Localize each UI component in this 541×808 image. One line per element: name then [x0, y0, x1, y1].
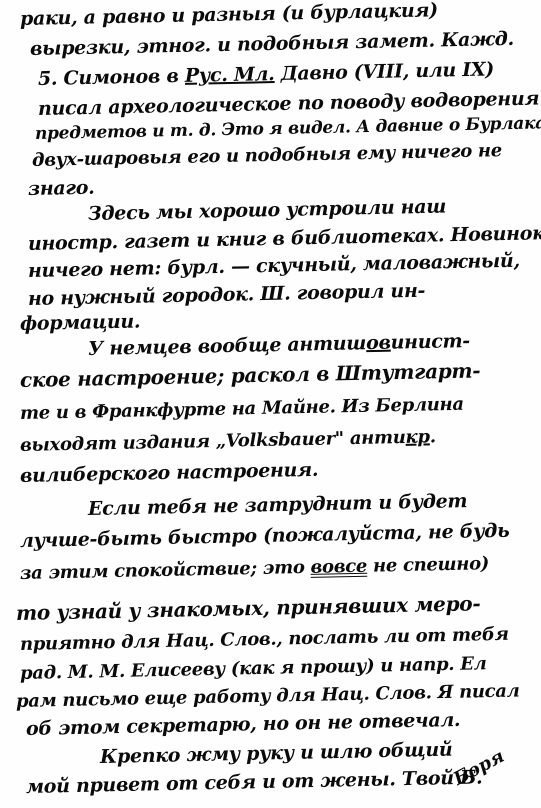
manuscript-line-3: 5. Симонов в Рус. Мл. Давно (VIII, или I…	[38, 60, 494, 89]
manuscript-line-16: выходят издания „Volksbauer" антикр.	[20, 428, 436, 455]
manuscript-line-13: У немцев вообще антишовинист-	[88, 332, 470, 359]
manuscript-line-23: рад. М. М. Елисееву (как я прошу) и напр…	[20, 655, 487, 683]
manuscript-line-17: вилиберского настроения.	[20, 461, 319, 486]
manuscript-line-25: об этом секретарю, но он не отвечал.	[26, 711, 461, 739]
manuscript-line-27: мой привет от себя и от жены. Твой Б.	[26, 768, 483, 797]
manuscript-line-18: Если тебя не затруднит и будет	[88, 492, 468, 519]
line-16-underlined: кр	[405, 426, 430, 448]
manuscript-line-14: ское настроение; раскол в Штутгарт-	[20, 360, 481, 390]
manuscript-line-9: иностр. газет и книг в библиотеках. Нови…	[28, 224, 541, 254]
manuscript-line-22: приятно для Нац. Слов., послать ли от те…	[20, 626, 509, 654]
line-8-post: устроили наш	[280, 196, 447, 221]
line-8-pre: Здесь мы хорошо	[88, 199, 280, 225]
line-3-underlined: Рус. Мл.	[185, 63, 275, 87]
line-3-pre: 5. Симонов в	[38, 65, 185, 90]
manuscript-line-24: рам письмо еще работу для Нац. Слов. Я п…	[16, 682, 520, 711]
manuscript-line-8: Здесь мы хорошо устроили наш	[88, 198, 446, 224]
manuscript-line-7: знаго.	[28, 179, 95, 199]
line-13-underlined: ов	[366, 332, 391, 355]
line-20-post: не спешно)	[367, 553, 489, 577]
manuscript-line-15: те и в Франкфурте на Майне. Из Берлина	[20, 396, 464, 423]
manuscript-line-11: но нужный городок. Ш. говорил ин-	[28, 282, 425, 309]
line-16-post: .	[429, 426, 435, 447]
manuscript-line-5: предметов и т. д. Это я видел. А давние …	[35, 115, 541, 143]
manuscript-line-1: раки, а равно и разныя (и бурлацкия)	[20, 1, 438, 29]
line-13-pre: У немцев вообще антиш	[88, 332, 367, 360]
manuscript-line-12: формации.	[20, 312, 141, 334]
manuscript-line-20: за этим спокойствие; это вовсе не спешно…	[20, 555, 489, 583]
manuscript-line-21: то узнай у знакомых, принявших меро-	[16, 593, 481, 623]
manuscript-line-2: вырезки, этног. и подобныя замет. Кажд.	[30, 30, 514, 59]
line-16-pre: выходят издания „Volksbauer" анти	[20, 427, 406, 456]
line-20-underlined: вовсе	[310, 556, 367, 578]
manuscript-line-10: ничего нет: бурл. — скучный, маловажный,	[28, 252, 520, 281]
line-3-post: Давно (VIII, или IX)	[274, 58, 494, 85]
manuscript-page: раки, а равно и разныя (и бурлацкия) выр…	[0, 0, 541, 808]
manuscript-line-6: двух-шаровыя его и подобныя ему ничего н…	[32, 142, 502, 170]
manuscript-line-19: лучше-быть быстро (пожалуйста, не будь	[20, 522, 510, 551]
line-13-post: инист-	[390, 330, 470, 354]
manuscript-line-26: Крепко жму руку и шлю общий	[100, 741, 453, 767]
line-20-pre: за этим спокойствие; это	[20, 557, 311, 584]
